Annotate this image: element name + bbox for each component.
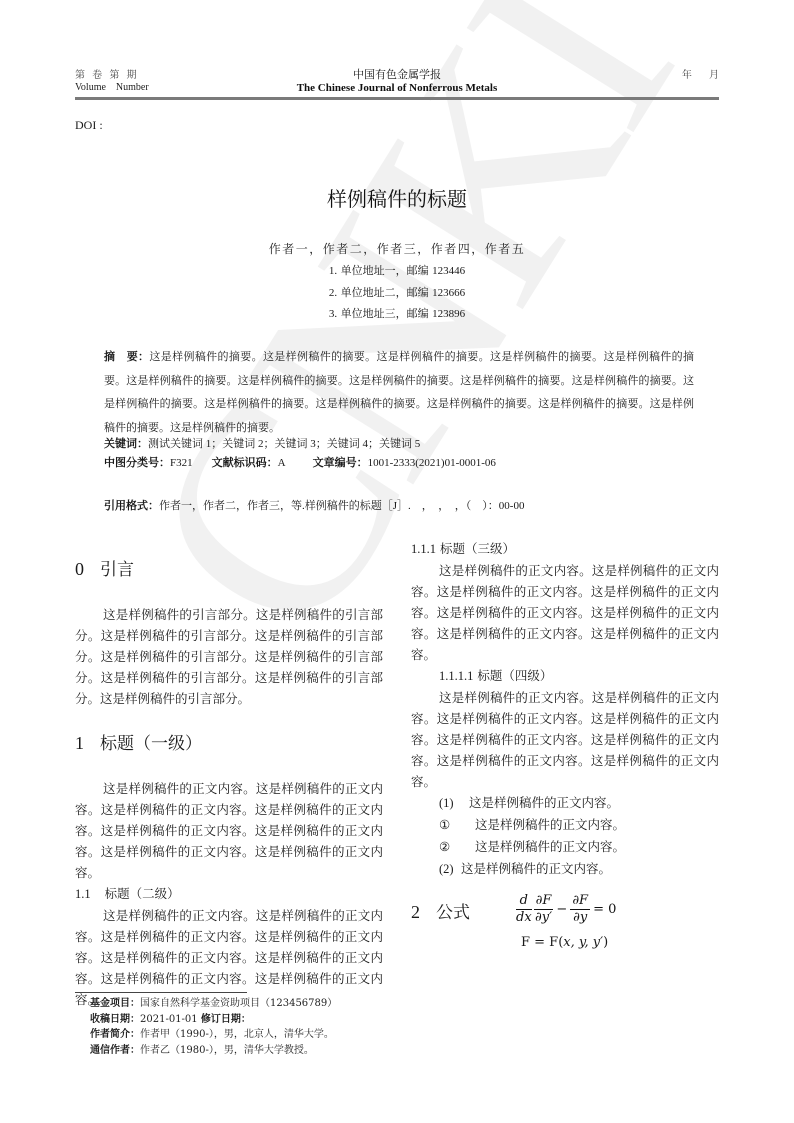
left-column: 0引言 这是样例稿件的引言部分。这是样例稿件的引言部分。这是样例稿件的引言部分。… <box>75 555 383 1010</box>
paper-title: 样例稿件的标题 <box>0 183 794 212</box>
affiliation: 3. 单位地址三，邮编 123896 <box>0 305 794 321</box>
section-body-0: 这是样例稿件的引言部分。这是样例稿件的引言部分。这是样例稿件的引言部分。这是样例… <box>75 604 383 709</box>
section-body-1-1-1: 这是样例稿件的正文内容。这是样例稿件的正文内容。这是样例稿件的正文内容。这是样例… <box>411 560 719 665</box>
list-item: (2)这是样例稿件的正文内容。 <box>411 858 719 880</box>
classification-line: 中图分类号：F321 文献标识码：A 文章编号：1001-2333(2021)0… <box>104 454 496 470</box>
citation-format: 引用格式：作者一，作者二，作者三，等.样例稿件的标题［J］. ， ， ，（ ）：… <box>104 497 524 513</box>
list-item: ②这是样例稿件的正文内容。 <box>411 836 719 858</box>
issue-date: 年 月 <box>682 66 719 81</box>
footnote-author-bio: 作者简介：作者甲（1990-），男，北京人，清华大学。 <box>90 1027 337 1043</box>
footnotes: 基金项目：国家自然科学基金资助项目（123456789） 收稿日期：2021-0… <box>90 996 337 1058</box>
header-rule <box>75 97 719 100</box>
abstract: 摘 要：这是样例稿件的摘要。这是样例稿件的摘要。这是样例稿件的摘要。这是样例稿件… <box>104 345 694 439</box>
doi: DOI : <box>75 118 103 133</box>
author-list: 作者一，作者二，作者三，作者四，作者五 <box>0 240 794 257</box>
footnote-dates: 收稿日期：2021-01-01 修订日期： <box>90 1012 337 1028</box>
section-heading-1-1: 1.1标题（二级） <box>75 883 383 905</box>
journal-name-en: The Chinese Journal of Nonferrous Metals <box>75 82 719 94</box>
right-column: 1.1.1标题（三级） 这是样例稿件的正文内容。这是样例稿件的正文内容。这是样例… <box>411 538 719 927</box>
equation-functional: F = F(x, y, y′) <box>521 935 608 950</box>
section-heading-1-1-1-1: 1.1.1.1标题（四级） <box>411 665 719 687</box>
journal-name-cn: 中国有色金属学报 <box>75 66 719 82</box>
section-heading-1: 1标题（一级） <box>75 729 383 758</box>
section-body-1: 这是样例稿件的正文内容。这是样例稿件的正文内容。这是样例稿件的正文内容。这是样例… <box>75 778 383 883</box>
running-header: 第 卷 第 期 Volume Number 中国有色金属学报 The Chine… <box>75 66 719 98</box>
footnote-funding: 基金项目：国家自然科学基金资助项目（123456789） <box>90 996 337 1012</box>
equation-euler-lagrange: ddx∂F∂y′−∂F∂y= 0 <box>515 893 618 926</box>
keywords: 关键词：测试关键词 1；关键词 2；关键词 3；关键词 4；关键词 5 <box>104 435 420 451</box>
section-heading-0: 0引言 <box>75 555 383 584</box>
list-item: (1)这是样例稿件的正文内容。 <box>411 792 719 814</box>
list-item: ①这是样例稿件的正文内容。 <box>411 814 719 836</box>
abstract-text: 这是样例稿件的摘要。这是样例稿件的摘要。这是样例稿件的摘要。这是样例稿件的摘要。… <box>104 350 694 434</box>
section-body-1-1-1-1: 这是样例稿件的正文内容。这是样例稿件的正文内容。这是样例稿件的正文内容。这是样例… <box>411 687 719 792</box>
abstract-label: 摘 要： <box>104 350 149 363</box>
footnote-corresponding: 通信作者：作者乙（1980-），男，清华大学教授。 <box>90 1043 337 1059</box>
affiliation: 1. 单位地址一，邮编 123446 <box>0 262 794 278</box>
section-body-1-1: 这是样例稿件的正文内容。这是样例稿件的正文内容。这是样例稿件的正文内容。这是样例… <box>75 905 383 1010</box>
section-heading-1-1-1: 1.1.1标题（三级） <box>411 538 719 560</box>
footnote-rule <box>75 992 247 993</box>
affiliation: 2. 单位地址二，邮编 123666 <box>0 284 794 300</box>
